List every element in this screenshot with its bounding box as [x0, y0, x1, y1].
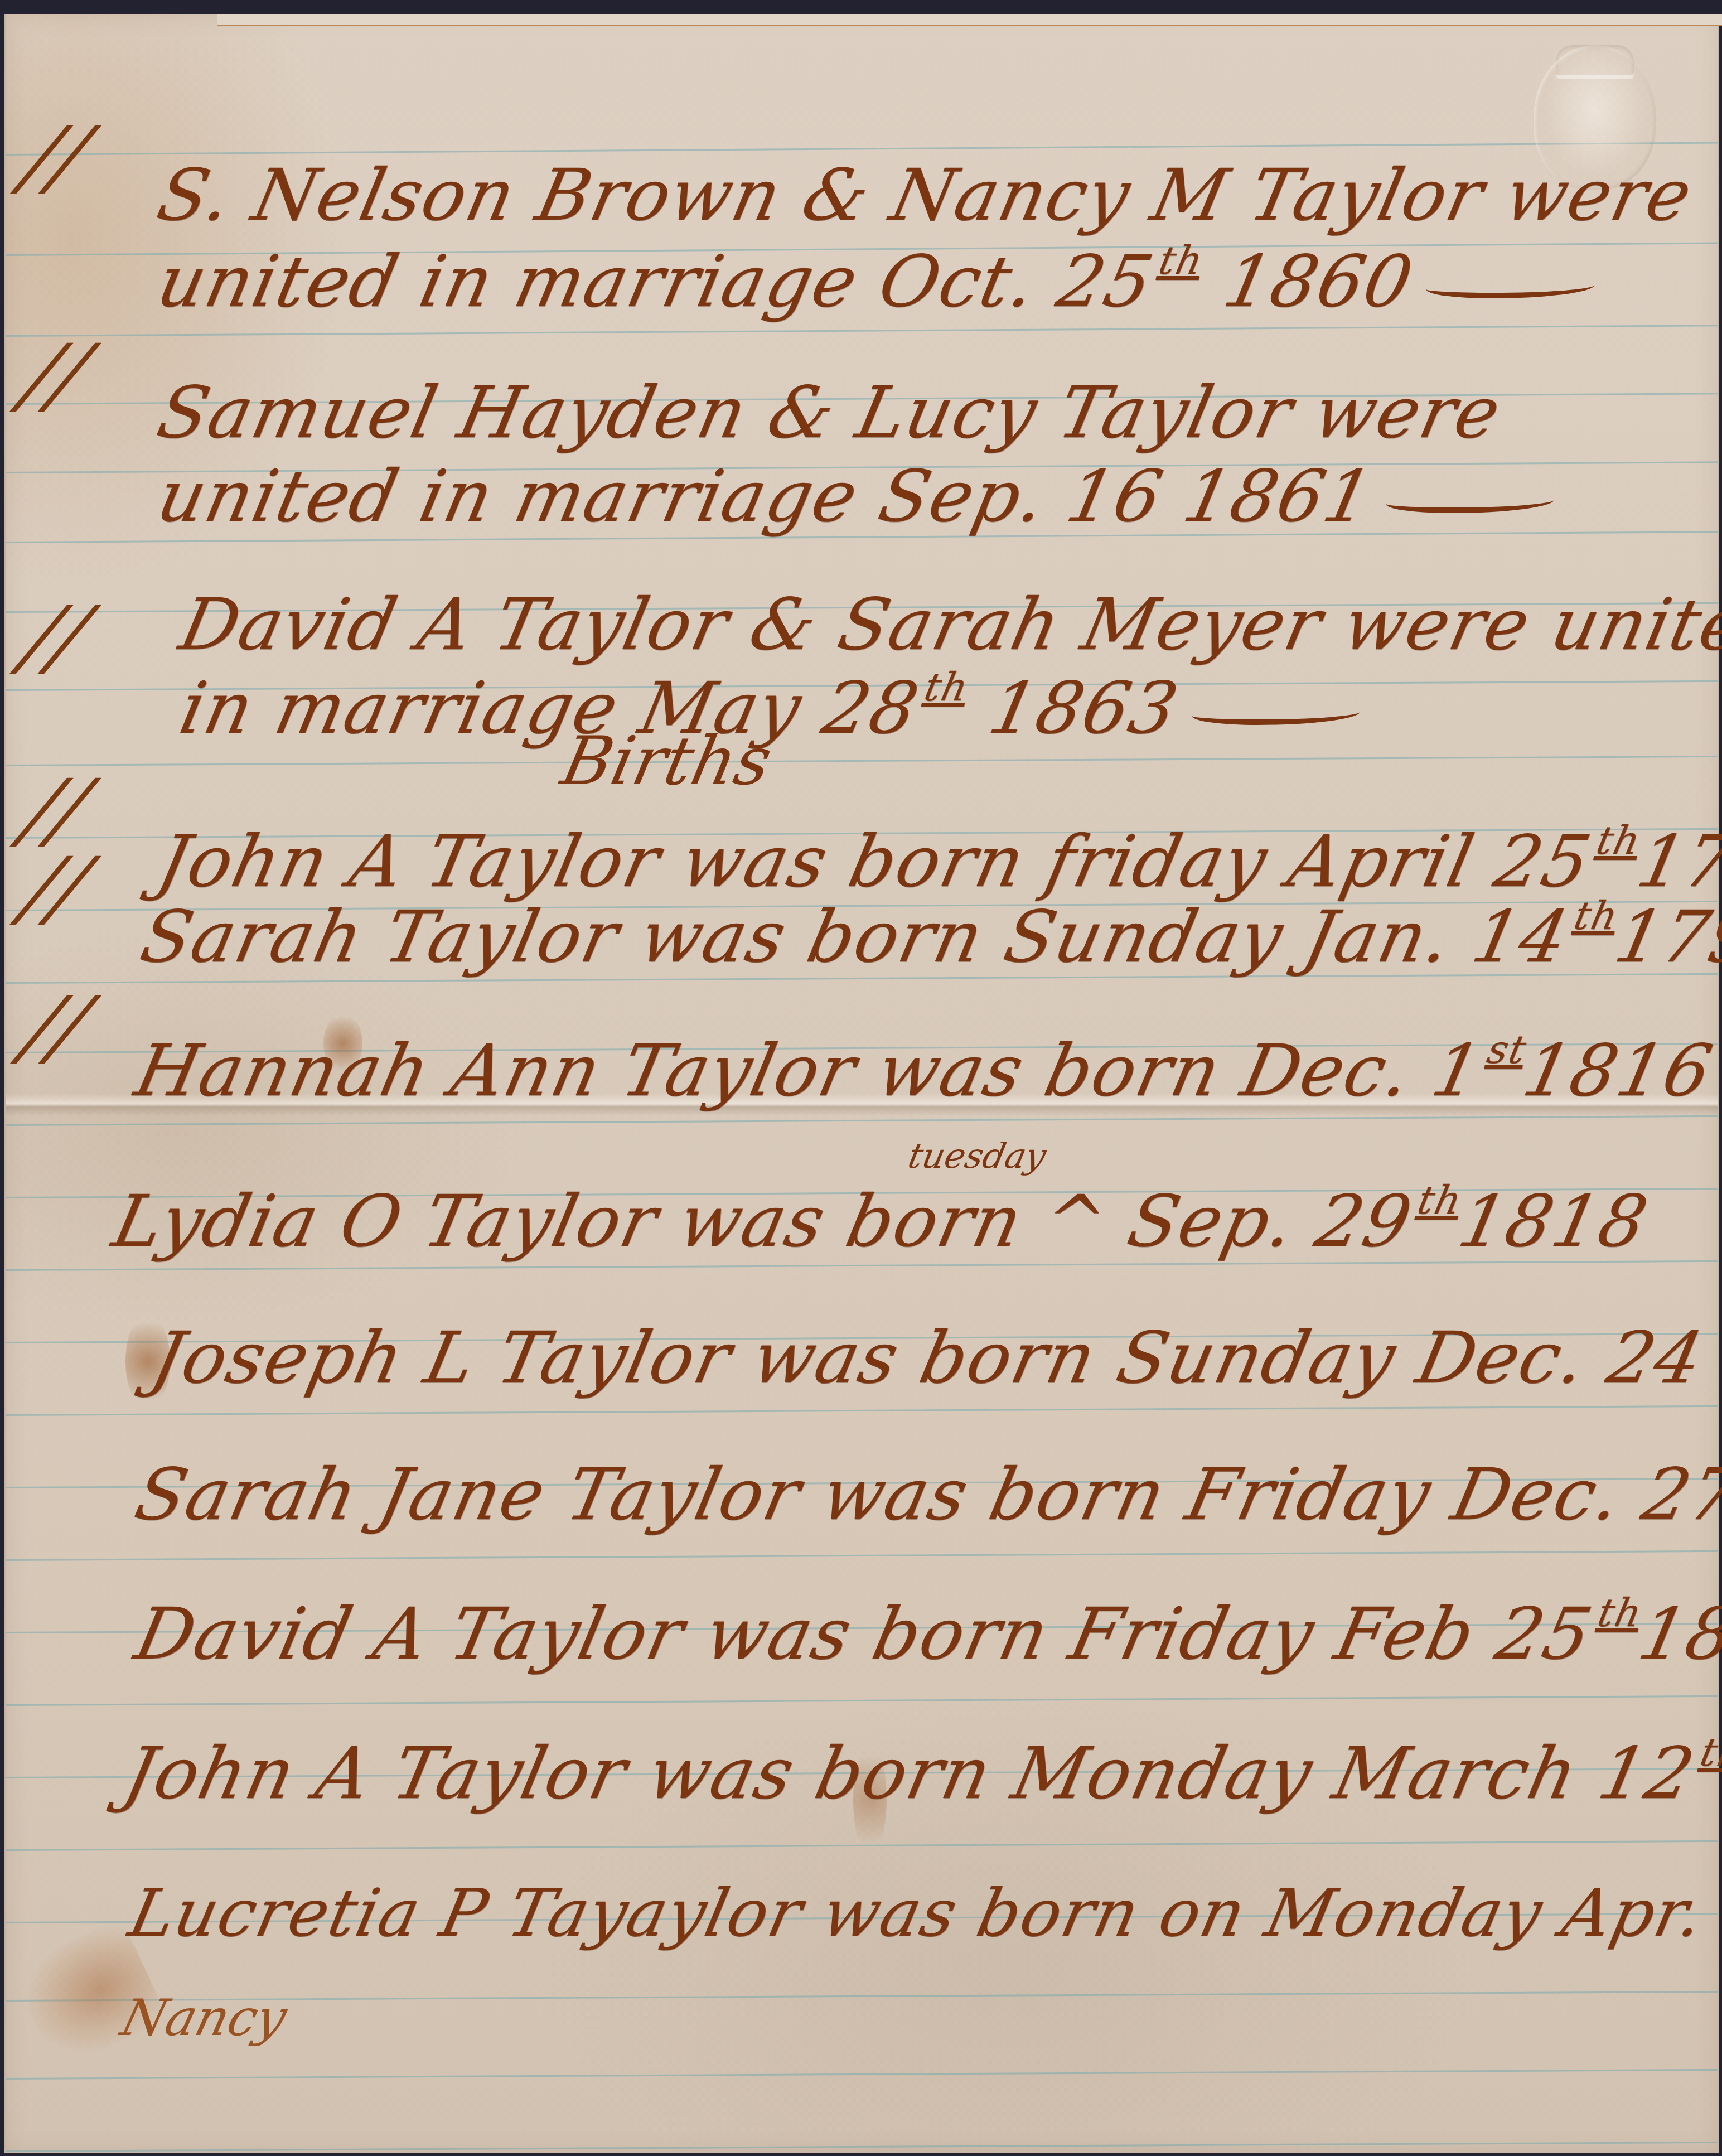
- entry-text: Lydia O Taylor was born ^ Sep. 29: [106, 1180, 1419, 1263]
- pen-flourish: [1425, 276, 1597, 298]
- record-entries: S. Nelson Brown & Nancy M Taylor were un…: [6, 14, 1718, 2153]
- marriage-entry-line: united in marriage Oct. 25th 1860: [151, 238, 1605, 323]
- inserted-word: tuesday: [904, 1135, 1050, 1176]
- paper-sheet: // // // // // // S. Nelson Brown & Nanc…: [4, 14, 1719, 2153]
- entry-text: Joseph L Taylor was born Sunday Dec. 24: [145, 1317, 1711, 1400]
- entry-year: 1816: [1516, 1029, 1720, 1113]
- entry-text: David A Taylor was born Friday Feb 25: [128, 1593, 1599, 1676]
- entry-text: in marriage May 28: [173, 667, 926, 750]
- signature: Nancy: [115, 1989, 293, 2047]
- ordinal-suffix: th: [1155, 238, 1208, 283]
- entry-year: 1825: [1632, 1593, 1722, 1676]
- entry-text: S. Nelson Brown & Nancy M Taylor were: [151, 154, 1700, 237]
- ordinal-suffix: th: [1570, 893, 1623, 939]
- entry-text: David A Taylor & Sarah Meyer were united: [173, 583, 1722, 666]
- ordinal-suffix: th: [920, 664, 973, 710]
- birth-entry-line: Sarah Taylor was born Sunday Jan. 14th17…: [134, 893, 1722, 979]
- entry-year: 1796: [1608, 896, 1722, 979]
- entry-text: John A Taylor was born friday April 25: [151, 820, 1598, 903]
- entry-year: 1861: [1177, 455, 1380, 538]
- entry-text: Samuel Hayden & Lucy Taylor were: [151, 371, 1508, 455]
- entry-year: 1863: [982, 667, 1186, 750]
- birth-entry-line: John A Taylor was born friday April 25th…: [151, 818, 1722, 903]
- birth-entry-line: Lydia O Taylor was born ^ Sep. 29th1818: [106, 1177, 1656, 1263]
- pen-flourish: [1385, 491, 1557, 513]
- marriage-entry-line: S. Nelson Brown & Nancy M Taylor were: [151, 154, 1700, 237]
- births-heading: Births: [555, 723, 778, 800]
- birth-entry-line: John A Taylor was born Monday March 12th…: [117, 1729, 1722, 1815]
- entry-text: John A Taylor was born Monday March 12: [117, 1732, 1702, 1815]
- birth-entry-line: Joseph L Taylor was born Sunday Dec. 24 …: [145, 1317, 1722, 1400]
- entry-text: Lucretia P Tayaylor was born on Monday A…: [123, 1874, 1722, 1951]
- ordinal-suffix: th: [1594, 1590, 1647, 1636]
- entry-year: 1860: [1217, 240, 1420, 323]
- birth-entry-line: Lucretia P Tayaylor was born on Monday A…: [123, 1874, 1722, 1951]
- ordinal-suffix: th: [1593, 818, 1646, 863]
- marriage-entry-line: David A Taylor & Sarah Meyer were united: [173, 583, 1722, 666]
- birth-entry-line: David A Taylor was born Friday Feb 25th1…: [128, 1590, 1722, 1676]
- birth-entry-line: Hannah Ann Taylor was born Dec. 1st1816: [128, 1027, 1720, 1113]
- entry-text: Sarah Jane Taylor was born Friday Dec. 2…: [128, 1453, 1722, 1536]
- entry-text: united in marriage Oct. 25: [151, 240, 1160, 323]
- ordinal-suffix: th: [1414, 1177, 1467, 1223]
- entry-year: 1818: [1452, 1180, 1655, 1263]
- entry-year: 1794: [1631, 820, 1722, 903]
- entry-text: Hannah Ann Taylor was born Dec. 1: [128, 1029, 1489, 1113]
- entry-text: united in marriage Sep. 16: [151, 455, 1170, 538]
- entry-text: Sarah Taylor was born Sunday Jan. 14: [134, 896, 1576, 979]
- entry-year: 1820: [1717, 1317, 1722, 1400]
- pen-flourish: [1190, 703, 1362, 725]
- marriage-entry-line: Samuel Hayden & Lucy Taylor were: [151, 371, 1508, 455]
- marriage-entry-line: united in marriage Sep. 16 1861: [151, 455, 1564, 538]
- birth-entry-line: Sarah Jane Taylor was born Friday Dec. 2…: [128, 1453, 1722, 1536]
- ordinal-suffix: st: [1483, 1027, 1531, 1072]
